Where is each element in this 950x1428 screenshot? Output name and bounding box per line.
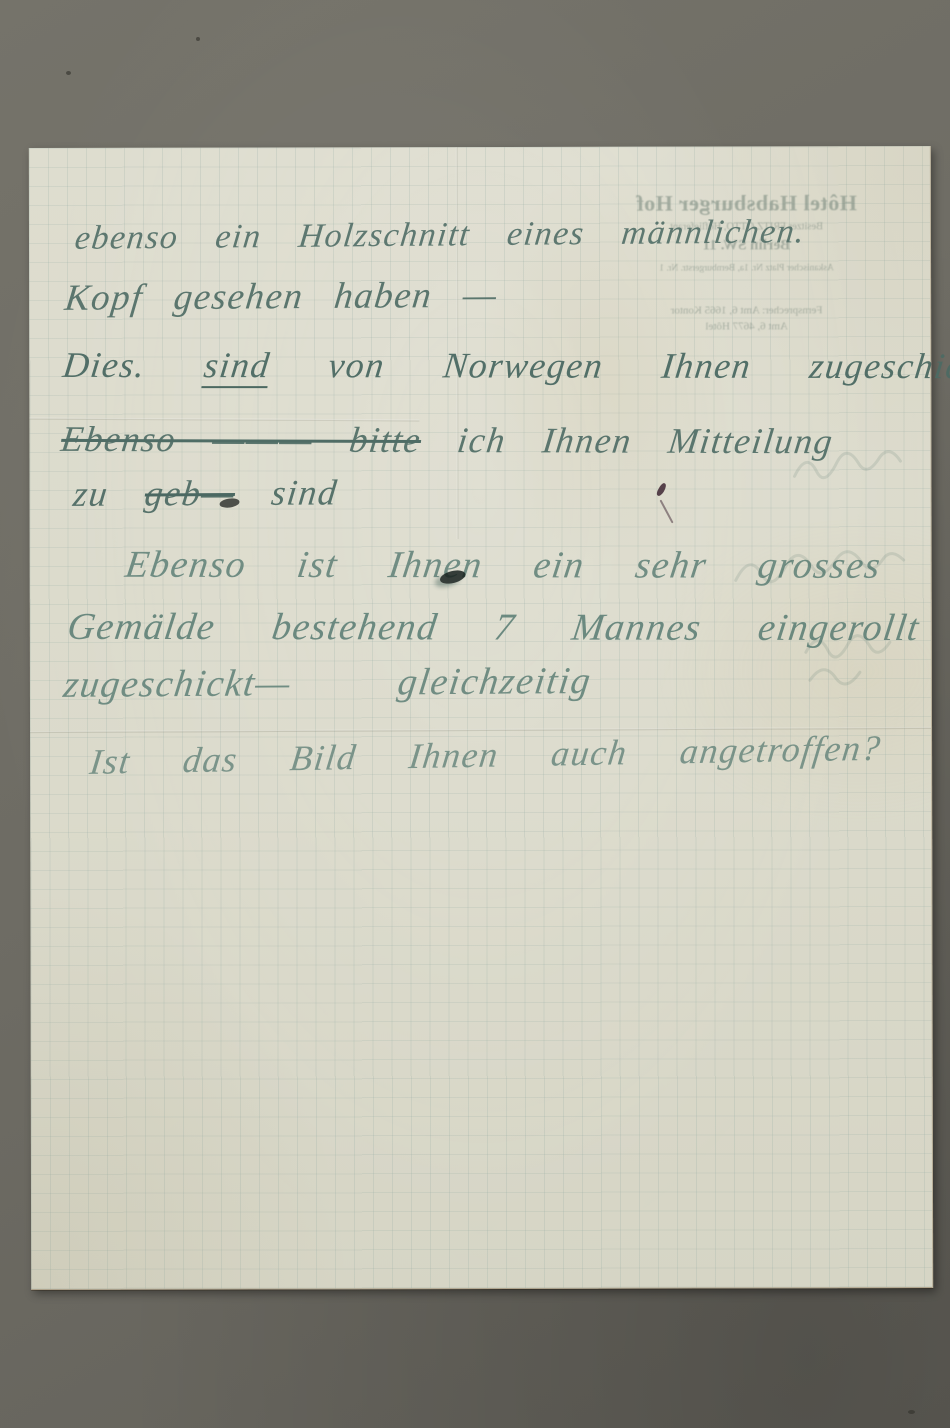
bleed-through-mark: [730, 542, 910, 598]
handwritten-word: sind: [269, 472, 340, 512]
handwritten-word-underlined: sind: [202, 345, 273, 385]
handwritten-line-2: Kopf gesehen haben —: [63, 277, 500, 317]
hotel-address-mirrored: Askanischer Platz Nr. 1a, Bernburgerstr.…: [574, 263, 919, 274]
handwritten-word: ich Ihnen Mitteilung: [455, 420, 836, 461]
bleed-through-mark: [789, 436, 919, 496]
handwritten-word: Dies.: [61, 345, 148, 385]
handwritten-line-3: Dies. sind von Norwegen Ihnen zugeschick…: [61, 347, 950, 384]
letterhead-bleedthrough: Hôtel Habsburger Hof Besitzer FRITZ OTTO…: [574, 190, 919, 335]
handwritten-word: zu: [71, 474, 111, 514]
dust-speck: [196, 37, 200, 41]
letter-page: Hôtel Habsburger Hof Besitzer FRITZ OTTO…: [29, 146, 933, 1290]
scan-background: Hôtel Habsburger Hof Besitzer FRITZ OTTO…: [0, 0, 950, 1428]
handwritten-line-1: ebenso ein Holzschnitt eines männlichen.: [73, 215, 807, 256]
handwritten-words-struck: Ebenso ——— bitte: [59, 419, 424, 460]
handwritten-line-5: zu geb— sind: [71, 474, 339, 511]
bleed-through-mark: [800, 622, 920, 692]
handwritten-line-8: zugeschickt— gleichzeitig: [61, 662, 594, 704]
dust-speck: [908, 1410, 915, 1414]
dust-speck: [66, 71, 71, 75]
handwritten-word: von Norwegen Ihnen zugeschickt.: [326, 345, 950, 386]
hotel-phone1-mirrored: Fernsprecher: Amt 6, 1665 Kontor: [574, 302, 919, 319]
hotel-phone2-mirrored: Amt 6, 4677 Hôtel: [574, 318, 919, 335]
handwritten-line-7: Gemälde bestehend 7 Mannes eingerollt: [65, 608, 922, 647]
handwritten-line-4: Ebenso ——— bitte ich Ihnen Mitteilung: [59, 421, 835, 459]
